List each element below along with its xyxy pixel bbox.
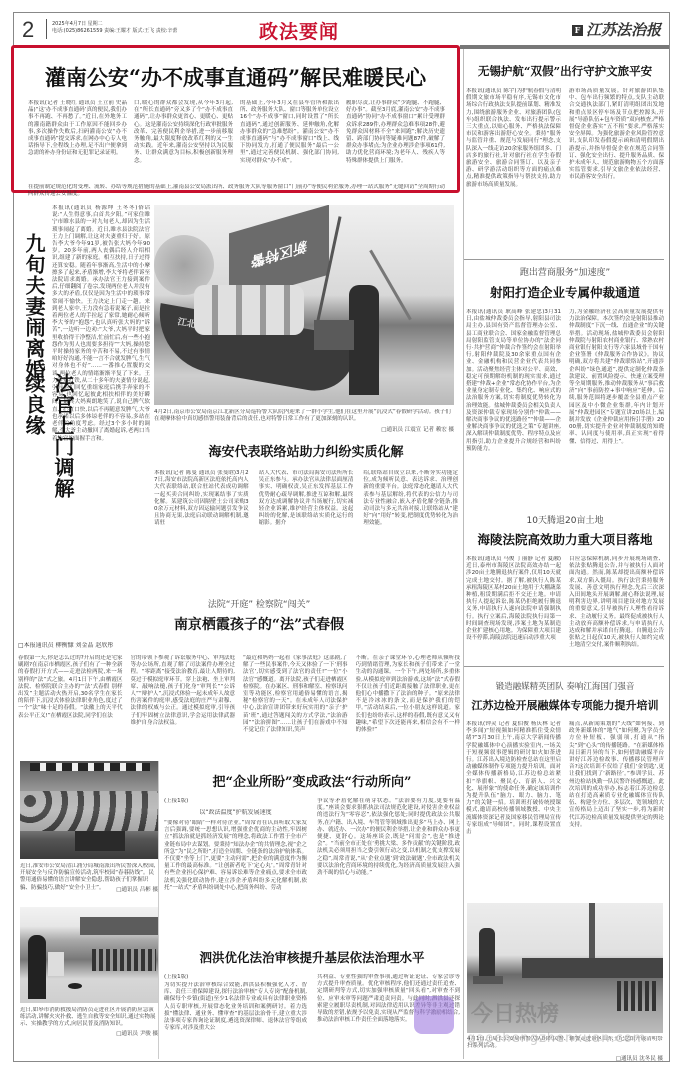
divider — [464, 666, 664, 667]
hailing-headline: 海陵法院高效助力重大项目落地 — [466, 530, 664, 548]
fire-byline: □通讯员 尹骏 摄 — [20, 1029, 158, 1037]
pan-shape — [68, 983, 82, 989]
firefighter-shape — [28, 935, 46, 999]
fire-blanket-shape — [48, 952, 64, 976]
logo-mark-icon: F — [572, 25, 583, 36]
lead-continuation: 在提前制定规范化的受理、流转、办结等规范措施的基础上,灌南县公安局派出所、政务服… — [14, 184, 457, 198]
column-divider — [158, 761, 159, 1059]
sihong-continued-from: (上接1版) — [164, 974, 307, 982]
enterprise-column-2: 争议等矛盾化解在萌芽状态。“法治要有力度,更要有温度。”座谈会要求狠抓执法司法规… — [317, 798, 460, 913]
bianjian-kicker: 锻造融媒精英团队 奏响江海国门强音 — [466, 680, 664, 692]
lead-column-1: 本报讯(记者 王晓红 通讯员 王立前 史晶晶)“这‘办不成事直通码’真的便民,我… — [28, 100, 127, 186]
hailing-article[interactable]: 10天腾退20亩土地 海陵法院高效助力重大项目落地 本报讯(通讯员 马俊 丁丽静… — [466, 513, 664, 663]
newspaper-logo: F江苏法治报 — [572, 19, 661, 40]
students-shape — [194, 285, 304, 335]
building-shape — [80, 917, 158, 935]
wuxi-article[interactable]: 无锡护航“双假”出行守护文旅平安 本报讯(通讯员 陈宇)为护航春假与清明假期文旅… — [466, 53, 664, 258]
statue-shape — [479, 928, 495, 976]
jiuxun-headline-2: 法官上门调解续良缘 — [20, 373, 78, 513]
enterprise-column-1: “要像对待‘眼睛’一样对待企业。”周常青在认真听取大家发言后强调,要统一思想认识… — [164, 820, 307, 914]
header-rule — [460, 45, 669, 49]
fire-drill-photo[interactable] — [20, 907, 158, 1003]
hailing-column-2: 目应急保障机制,同步开展现场勘查、依法张贴腾退公告,并与被执行人面对面沟通。然而… — [569, 556, 664, 664]
lead-article[interactable]: 灌南公安“办不成事直通码”解民难暖民心 本报讯(记者 王晓红 通讯员 王立前 史… — [11, 45, 460, 193]
haian-article[interactable]: 海安代表联络站助力纠纷实质化解 本报讯(记者 陈曼 通讯员 张斐晗)3月27日,… — [154, 441, 458, 581]
enterprise-continued-from: (上接1版) — [164, 798, 307, 806]
column-divider — [463, 49, 464, 1059]
main-photo-block: 新区特警 江北特警 4月2日,南京市公安局南京江北新区分局巡特警大队院内迎来了一… — [154, 205, 454, 433]
banner-shape — [30, 763, 150, 771]
school-photo-block: 近日,淮安市公安局清江浦分局城南派出所民警深入校园,开展安全与反诈防骗宣传活动,… — [20, 761, 158, 893]
haian-column-1: 本报讯(记者 陈曼 通讯员 张斐晗)3月27日,海安市法院高新区法庭依托高内人大… — [154, 470, 249, 546]
outboard-motor-shape — [314, 320, 354, 350]
nanjing-article[interactable]: 法院“开庭” 检察院“闯关” 南京栖霞孩子的“法”式春假 □本报通讯员 柳衡慷 … — [18, 597, 460, 757]
sheyang-column-1: 本报讯(通讯员 耿高峰 张建忠)3月31日,由盐城仲裁委员会指导,射阳县司法局主… — [466, 309, 561, 503]
sihong-article[interactable]: 泗洪优化法治审核提升基层依法治理水平 (上接1版) 为切实提升法治审核综合效能,… — [164, 948, 460, 1058]
residents-shape — [92, 949, 156, 971]
nanjing-column-1: 春假第一天,你是怎么过的?开启的还是宅家刷剧?在南京市栖霞区,孩子们有了一种全新… — [18, 655, 123, 755]
bianjian-column-2: 痛点,从新闻策划的“天线”如何接、到政务新媒体的“地气”如何聚,为学员全方位补短… — [569, 721, 664, 871]
officers-shape — [617, 981, 657, 1011]
nanjing-headline: 南京栖霞孩子的“法”式春假 — [58, 614, 460, 634]
enterprise-subhead: 以“政法温度”护航发展速度 — [164, 809, 307, 818]
nanjing-column-4: 不断。在亲子课堂环节,心理老师从倾听技巧到情绪管理,为家长和孩子们带来了一堂生动… — [356, 655, 461, 755]
bianjian-column-1: 本报讯(钟灵 记者 夏伯俊 杨庆林 记者 李多闻)“短视频如何精准抓住受众情绪?… — [466, 721, 561, 871]
hailing-column-1: 本报讯(通讯员 马俊 丁丽静 记者 夏融)近日,泰州市海陵区法院高效办结一起涉2… — [466, 556, 561, 664]
newspaper-page: 2 2025年4月7日 星期二 电话:(025)86261559 责编:王耀才 … — [13, 12, 670, 1062]
haian-column-3: 绍,联络站自成立以来,不断夯实功能定位,成为倾听民意、表达诉求、治理创新的重要平… — [363, 470, 458, 546]
sihong-column-1: 为切实提升法治审核综合效能,泗洪县积极强化人才、智库、责任三重保障建设,探行法治… — [164, 982, 307, 1052]
sheyang-headline: 射阳打造企业专属仲裁通道 — [466, 283, 664, 301]
wuxi-column-2: 游市场高质量发展。针对旅游团队集中、包车出行频繁的特点,支队主动联合交通执法部门… — [569, 88, 664, 224]
sheyang-column-2: 力,为金融经济社会高质量发展提供有力法治保障。本次签约会是射阳县推动仲裁制度“下… — [569, 309, 664, 503]
memorial-photo-block: 今日热榜 gaochengzhenxuan.com 4月1日,王局长公安局刑警大… — [467, 903, 663, 1062]
lead-column-4: 履职尽责,让办事群众“少跑腿、不跑腿、好办事”。截至3月底,灌南公安“办不成事直… — [346, 100, 445, 186]
wuxi-column-1: 本报讯(通讯员 陈宇)为护航春假与清明假期文旅市场平稳有序,无锡市文化市场综合行… — [466, 88, 561, 224]
enterprise-article[interactable]: 把“企业所盼”变成政法“行动所向” (上接1版) 以“政法温度”护航发展速度 “… — [164, 771, 460, 916]
students-shape — [20, 791, 158, 831]
hailing-kicker: 10天腾退20亩土地 — [466, 513, 664, 526]
wuxi-headline: 无锡护航“双假”出行守护文旅平安 — [466, 63, 664, 79]
logo-text: 江苏法治报 — [586, 21, 661, 39]
issue-meta: 2025年4月7日 星期二 电话:(025)86261559 责编:王耀才 版式… — [52, 21, 177, 35]
haian-headline: 海安代表联络站助力纠纷实质化解 — [154, 441, 458, 460]
haian-column-2: 站人大代表、市司法局海安司法所所长吴正东参与。承办法官从法律层面厘清事实、明确权… — [259, 470, 354, 546]
sheyang-kicker: 跑出营商服务“加速度” — [466, 265, 664, 278]
memorial-byline: □通讯员 沈冬民 摄 — [467, 1054, 663, 1062]
date-line: 2025年4月7日 星期二 — [52, 21, 177, 28]
nanjing-kicker: 法院“开庭” 检察院“闯关” — [58, 597, 460, 610]
lead-headline: 灌南公安“办不成事直通码”解民难暖民心 — [14, 62, 457, 92]
desk-shape — [75, 831, 125, 851]
main-photo[interactable]: 新区特警 江北特警 — [154, 205, 454, 405]
main-photo-byline: □通讯员 江震宣 记者 赖宏 摄 — [154, 425, 454, 433]
school-photo[interactable] — [20, 761, 158, 859]
tower-shape — [589, 903, 595, 958]
masthead: 2 2025年4月7日 星期二 电话:(025)86261559 责编:王耀才 … — [14, 13, 669, 45]
watermark-text: 今日热榜 — [471, 997, 559, 1028]
lead-column-3: 的基础上,今年3月又在县车管所和派出所、政务服务大队、窗口等服务单位设立16个“… — [240, 100, 339, 186]
fire-photo-block: 近日,如皋市消防救援局消防员走进社区开展消防应急演练活动,讲解火灾扑救、逃生自救… — [20, 907, 158, 1037]
lead-column-2: 口,暖心的群众都会发现,从今年3月起,在“所长直通码”旁又多了个“办不成事直通码… — [134, 100, 233, 186]
bianjian-headline: 江苏边检开展融媒体专项能力提升培训 — [466, 697, 664, 713]
flag-text: 新区特警 — [251, 236, 307, 272]
nanjing-byline: □本报通讯员 柳衡慷 刘金晶 赵欣彤 — [18, 642, 460, 651]
purple-stamp-overlay — [414, 996, 454, 1034]
jiuxun-article[interactable]: 九旬夫妻闹离婚 本报讯(通讯员 杨源坤 王冬冬)俗话说:“人生得意事,白首共夕阳… — [20, 205, 150, 595]
watermark-url: gaochengzhenxuan.com — [467, 1031, 646, 1046]
divider — [464, 259, 664, 260]
divider — [46, 19, 47, 39]
memorial-photo[interactable]: 今日热榜 — [467, 903, 663, 1033]
section-title: 政法要闻 — [224, 17, 374, 44]
enterprise-headline: 把“企业所盼”变成政法“行动所向” — [164, 771, 460, 790]
nanjing-column-3: “最近和妈妈一起看《家事法庭》这部剧,了解了一些民事案件,今天又体验了一下‘刑事… — [243, 655, 348, 755]
sheyang-article[interactable]: 跑出营商服务“加速度” 射阳打造企业专属仲裁通道 本报讯(通讯员 耿高峰 张建忠… — [466, 265, 664, 515]
sihong-headline: 泗洪优化法治审核提升基层依法治理水平 — [164, 948, 460, 966]
nanjing-column-2: 官的带领下参观了诉讼服务中心、审判法庭等办公场所,直观了解了司法案件办理全过程。… — [131, 655, 236, 755]
page-number: 2 — [22, 17, 34, 43]
building-roof-shape — [522, 958, 663, 978]
contact-line: 电话:(025)86261559 责编:王耀才 版式:王飞 责校:辛蕾 — [52, 28, 177, 35]
bianjian-article[interactable]: 锻造融媒精英团队 奏响江海国门强音 江苏边检开展融媒体专项能力提升培训 本报讯(… — [466, 680, 664, 860]
pedestal-shape — [473, 976, 503, 984]
